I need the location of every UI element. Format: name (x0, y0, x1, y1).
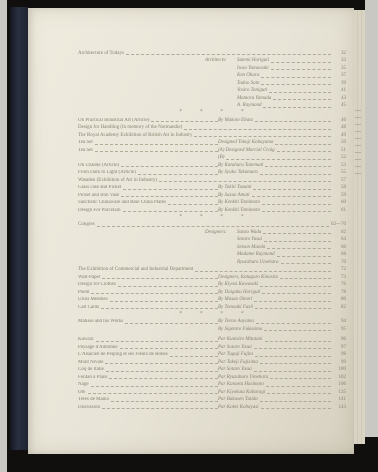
designer-label: Architects: (205, 58, 237, 64)
table-of-contents: Architecture of Todays32Architects:Sutem… (78, 49, 346, 411)
entry-page-number: 141 (333, 397, 346, 403)
entry-title-cell: Sanctistic Chinaware and Blue China Plat… (78, 200, 218, 206)
entry-author: By Sazuo Amati (218, 193, 250, 199)
entry-title: Sanctistic Chinaware and Blue China Plat… (78, 200, 166, 206)
entry-title: Nage (78, 382, 89, 388)
entry-author: By Kiyosi Kawasaki (218, 282, 258, 288)
entry-title: Obi (78, 390, 86, 396)
entry-page-number: 39 (333, 81, 346, 87)
toc-row: On Uzande (Article)By Kataharu Tanemati5… (78, 161, 346, 169)
entry-page-number: 68 (333, 252, 346, 258)
entry-author: Par Sotaro Yasui (218, 367, 252, 373)
dotted-leader (264, 241, 331, 242)
toc-row: Seison Maeda66 (78, 243, 346, 251)
dotted-leader (97, 226, 329, 227)
scanner-margin-left (0, 0, 7, 472)
entry-title-cell: Tea Set (78, 148, 218, 154)
entry-title: Call Cards (78, 305, 99, 311)
dotted-leader (111, 401, 218, 402)
toc-row: Sotaro Yasui64 (78, 236, 346, 244)
entry-page-number: 46 (333, 118, 346, 124)
entry-title-cell: Kawozi (78, 337, 218, 343)
entry-title-cell: Poem (78, 290, 218, 296)
dotted-leader (271, 69, 331, 70)
entry-page-number: 72 (333, 267, 346, 273)
entry-author: By Takiti Tuzumi (218, 185, 251, 191)
entry-title-cell: Nage (78, 382, 218, 388)
dotted-leader (121, 166, 218, 167)
entry-author: Mamoru Yamada (237, 96, 271, 102)
entry-page-number: 73 (333, 275, 346, 281)
entry-page-number: 80 (333, 297, 346, 303)
dotted-leader (262, 204, 331, 205)
toc-row: Call CardsBy Tomoaki Fuzii82 (78, 303, 346, 311)
toc-row: Ryuzaburo Umehara70 (78, 258, 346, 266)
entry-title-cell: On Practical Industrial Art (Article) (78, 118, 218, 124)
dotted-leader (102, 278, 218, 279)
section-separator: * * * * (78, 214, 346, 221)
section-separator: * * * * (78, 311, 346, 318)
toc-row: Architecture of Todays32 (78, 49, 346, 57)
entry-author: By Kataharu Tanemati (218, 163, 263, 169)
dotted-leader (184, 129, 331, 130)
entry-author: Ryuzaburo Umehara (237, 260, 279, 266)
dotted-leader (252, 196, 331, 197)
dotted-leader (91, 293, 218, 294)
entry-page-number: 106 (333, 382, 346, 388)
entry-title: L'Alsacien de Peiping et ses Fleurs de R… (78, 352, 168, 358)
dotted-leader (151, 121, 218, 122)
entry-page-number: 57 (333, 178, 346, 184)
entry-title: Glass case and Picket (78, 185, 121, 191)
entry-author: Seison Maeda (237, 245, 265, 251)
entry-title-cell: Paysage d'Automne (78, 345, 218, 351)
entry-title: Wataden (Exhibition of Art in Industry) (78, 178, 157, 184)
entry-author: Tadao Sato (237, 81, 259, 87)
dotted-leader (267, 393, 331, 394)
dotted-leader (194, 136, 331, 137)
entry-page-number: 70 (333, 260, 346, 266)
entry-title: Têtes de Maiko (78, 397, 109, 403)
entry-page-number: 94 (333, 319, 346, 325)
entry-page-number: 58 (333, 185, 346, 191)
toc-section-congres: Congres62—70Designers:Sanzo Wada62Sotaro… (78, 221, 346, 266)
entry-title-cell: Call Cards (78, 305, 218, 311)
entry-author: By Tomoaki Fuzii (218, 305, 253, 311)
dotted-leader (281, 263, 331, 264)
entry-page-number: 45 (333, 103, 346, 109)
entry-page-number: 135 (333, 390, 346, 396)
entry-title-cell: Discussion (78, 405, 218, 411)
dotted-leader (264, 330, 331, 331)
dotted-leader (105, 363, 218, 364)
entry-page-number: 102 (333, 375, 346, 381)
entry-author: By Makoto Ebata (218, 118, 253, 124)
entry-title: The Royal Academy Exhibition of British … (78, 133, 192, 139)
entry-author: By Syuko Takamura (218, 170, 258, 176)
toc-row: A. Raymond45 (78, 102, 346, 110)
toc-row: Wataden (Exhibition of Art in Industry)5… (78, 176, 346, 184)
toc-row: KawoziPar Kunisiro Mitutani96 (78, 336, 346, 344)
toc-row: By Sigetaro Fukusima95 (78, 325, 346, 333)
entry-author: Iwao Yamawaki (237, 66, 269, 72)
entry-author: Yosiro Taniguti (237, 88, 267, 94)
dotted-leader (265, 341, 331, 342)
entry-title: On Uzande (Article) (78, 163, 119, 169)
scanner-margin-right (365, 0, 378, 437)
toc-row: DiscussionPar Kokei Kobayasi143 (78, 403, 346, 411)
toc-row: Designers:Sanzo Wada62 (78, 228, 346, 236)
dotted-leader (262, 211, 331, 212)
entry-author: Designers, Katugoro Kinosita (218, 275, 278, 281)
toc-section-exhibition: The Exhibition of Commercial and Industr… (78, 266, 346, 311)
dotted-leader (254, 301, 331, 302)
entry-page-number: 143 (333, 405, 346, 411)
entry-page-number: 78 (333, 290, 346, 296)
dotted-leader (256, 323, 331, 324)
entry-title: Tea Set (78, 140, 93, 146)
toc-row: ObiPar Kiyokata Kaburagi135 (78, 388, 346, 396)
entry-page-number: 61 (333, 208, 346, 214)
entry-page-number: 37 (333, 73, 346, 79)
entry-title-cell: Wall-Paper (78, 275, 218, 281)
dotted-leader (168, 204, 218, 205)
entry-title: Discussion (78, 405, 100, 411)
toc-row: Tadao Sato39 (78, 79, 346, 87)
entry-title: Picket and Iron Vase (78, 193, 119, 199)
entry-title: On Practical Industrial Art (Article) (78, 118, 149, 124)
toc-section-industrial: On Practical Industrial Art (Article)By … (78, 116, 346, 214)
entry-author: Designed Tokuji Kobayama (218, 140, 273, 146)
entry-title-cell: On Uzande (Article) (78, 163, 218, 169)
book-spine (10, 7, 28, 450)
entry-page-number: 48 (333, 125, 346, 131)
entry-title-cell: Glass case and Picket (78, 185, 218, 191)
entry-title-cell: Obi (78, 390, 218, 396)
dotted-leader (121, 196, 218, 197)
dotted-leader (280, 278, 331, 279)
entry-page-number: 55 (333, 170, 346, 176)
entry-title: Poem (78, 290, 89, 296)
entry-author: Par Kokei Kobayasi (218, 405, 259, 411)
entry-title-cell: Têtes de Maiko (78, 397, 218, 403)
entry-author: Par Kiyokata Kaburagi (218, 390, 265, 396)
toc-row: Design for Handling (In memory of the No… (78, 124, 346, 132)
dotted-leader (254, 371, 331, 372)
entry-page-number: 99 (333, 360, 346, 366)
entry-page-number: 53 (333, 163, 346, 169)
entry-author: Par Tuguji Fujita (218, 352, 253, 358)
entry-page-number: 33 (333, 58, 346, 64)
toc-section-paintings: Matisse and his WorksBy Torao Aoyama94By… (78, 318, 346, 411)
entry-author: Madame Raymond (237, 252, 275, 258)
entry-page-number: 50 (333, 140, 346, 146)
toc-row: Sanctistic Chinaware and Blue China Plat… (78, 199, 346, 207)
entry-title-cell: Mont Nivale (78, 360, 218, 366)
dotted-leader (262, 293, 331, 294)
toc-row: Wall-PaperDesigners, Katugoro Kinosita73 (78, 273, 346, 281)
entry-page-number: 59 (333, 193, 346, 199)
toc-row: On Practical Industrial Art (Article)By … (78, 116, 346, 124)
entry-title-cell: Coq de Italie (78, 367, 218, 373)
toc-row: The Royal Academy Exhibition of British … (78, 131, 346, 139)
dotted-leader (126, 54, 331, 55)
entry-page-number: 66 (333, 245, 346, 251)
entry-title: Mont Nivale (78, 360, 103, 366)
entry-author: By Daigaku Horiguti (218, 290, 260, 296)
entry-title: Design for Handling (In memory of the No… (78, 125, 182, 131)
entry-author: Par Kunisiro Mitutani (218, 337, 263, 343)
dotted-leader (101, 308, 218, 309)
toc-row: Design For PorcelainBy Kenkiti Tomimoto6… (78, 206, 346, 214)
dotted-leader (125, 323, 218, 324)
entry-page-number: 76 (333, 282, 346, 288)
entry-title: Architecture of Todays (78, 51, 124, 57)
entry-title: Design For Porcelain (78, 208, 121, 214)
entry-title: Design for Clothes (78, 282, 116, 288)
entry-author: Sotaro Yasui (237, 237, 262, 243)
dotted-leader (195, 271, 331, 272)
entry-title: The Exhibition of Commercial and Industr… (78, 267, 193, 273)
toc-row: Mont NivalePar Takeji Fujisima99 (78, 358, 346, 366)
dotted-leader (260, 174, 331, 175)
dotted-leader (95, 144, 218, 145)
dotted-leader (277, 151, 331, 152)
entry-author: Par Kansetu Hasimoto (218, 382, 264, 388)
entry-title-cell: Fontan à Plans (78, 375, 218, 381)
dotted-leader (269, 92, 331, 93)
toc-row: Iwao Yamawaki35 (78, 64, 346, 72)
toc-row: Congres62—70 (78, 221, 346, 229)
toc-row: L'Alsacien de Peiping et ses Fleurs de R… (78, 351, 346, 359)
entry-page-number: 62 (333, 230, 346, 236)
entry-page-number: 95 (333, 327, 346, 333)
entry-author: By Masao Omori (218, 297, 252, 303)
dotted-leader (255, 308, 331, 309)
entry-author: Par Sotaro Yasui (218, 345, 252, 351)
dotted-leader (266, 386, 331, 387)
dotted-leader (109, 378, 218, 379)
entry-author: Par Bakusen Tutida (218, 397, 258, 403)
entry-title: Coq de Italie (78, 367, 104, 373)
toc-row: PoemBy Daigaku Horiguti78 (78, 288, 346, 296)
dotted-leader (260, 286, 331, 287)
entry-author: By Kenkiti Tomimoto (218, 208, 260, 214)
dotted-leader (263, 233, 331, 234)
entry-author: Sanzo Wada (237, 230, 261, 236)
dotted-leader (260, 363, 331, 364)
entry-title-cell: Tea Set (78, 140, 218, 146)
toc-row: NagePar Kansetu Hasimoto106 (78, 381, 346, 389)
toc-row: Coq de ItaliePar Sotaro Yasui100 (78, 366, 346, 374)
toc-section-architecture: Architecture of Todays32Architects:Sutem… (78, 49, 346, 109)
entry-title: Paysage d'Automne (78, 345, 118, 351)
dotted-leader (170, 356, 218, 357)
entry-author: (A) Designed Marcial Craig (218, 148, 275, 154)
dotted-leader (275, 144, 331, 145)
dotted-leader (123, 189, 218, 190)
page-edges (354, 10, 365, 444)
dotted-leader (138, 174, 218, 175)
dotted-leader (273, 99, 331, 100)
entry-title: Kawozi (78, 337, 94, 343)
toc-row: Yosiro Taniguti41 (78, 87, 346, 95)
entry-author: (B) (218, 155, 224, 161)
dotted-leader (265, 166, 331, 167)
entry-page-number: 49 (333, 133, 346, 139)
entry-title-cell: Matisse and his Works (78, 319, 218, 325)
toc-row: Design for ClothesBy Kiyosi Kawasaki76 (78, 281, 346, 289)
entry-author: Sutemi Horiguti (237, 58, 269, 64)
entry-title: From Dark to Light (Article) (78, 170, 136, 176)
entry-title-cell: Design For Porcelain (78, 208, 218, 214)
scan-border-bottom (7, 454, 378, 472)
toc-row: (B)52 (78, 154, 346, 162)
entry-author: Par Takeji Fujisima (218, 360, 258, 366)
toc-row: Tea Set(A) Designed Marcial Craig51 (78, 146, 346, 154)
entry-author: By Kenkiti Tomimoto (218, 200, 260, 206)
dotted-leader (255, 121, 331, 122)
entry-page-number: 98 (333, 352, 346, 358)
dotted-leader (106, 371, 218, 372)
entry-page-number: 52 (333, 155, 346, 161)
toc-row: Urusi MeublesBy Masao Omori80 (78, 296, 346, 304)
toc-row: Tea SetDesigned Tokuji Kobayama50 (78, 139, 346, 147)
dotted-leader (159, 181, 331, 182)
entry-author: By Sigetaro Fukusima (218, 327, 262, 333)
entry-page-number: 51 (333, 148, 346, 154)
designer-label: Designers: (205, 230, 237, 236)
entry-title: Fontan à Plans (78, 375, 107, 381)
dotted-leader (120, 348, 218, 349)
dotted-leader (91, 386, 218, 387)
dotted-leader (123, 211, 219, 212)
dotted-leader (267, 248, 331, 249)
entry-page-number: 97 (333, 345, 346, 351)
dotted-leader (261, 408, 331, 409)
dotted-leader (88, 393, 219, 394)
entry-title: Matisse and his Works (78, 319, 123, 325)
dotted-leader (261, 77, 331, 78)
dotted-leader (260, 401, 331, 402)
toc-row: The Exhibition of Commercial and Industr… (78, 266, 346, 274)
entry-author: Par Ryuzaburo Umehara (218, 375, 268, 381)
entry-page-number: 82 (333, 305, 346, 311)
entry-page-number: 62—70 (331, 222, 346, 228)
toc-row: Matisse and his WorksBy Torao Aoyama94 (78, 318, 346, 326)
dotted-leader (271, 62, 331, 63)
entry-page-number: 64 (333, 237, 346, 243)
toc-row: Mamoru Yamada43 (78, 94, 346, 102)
toc-row: Fontan à PlansPar Ryuzaburo Umehara102 (78, 373, 346, 381)
dotted-leader (255, 356, 331, 357)
toc-row: From Dark to Light (Article)By Syuko Tak… (78, 169, 346, 177)
toc-row: Paysage d'AutomnePar Sotaro Yasui97 (78, 343, 346, 351)
toc-row: Glass case and PicketBy Takiti Tuzumi58 (78, 184, 346, 192)
entry-title-cell: Urusi Meubles (78, 297, 218, 303)
dotted-leader (263, 107, 331, 108)
dotted-leader (253, 189, 331, 190)
entry-title-cell: L'Alsacien de Peiping et ses Fleurs de R… (78, 352, 218, 358)
entry-author: Ken Ohara (237, 73, 259, 79)
dotted-leader (277, 256, 331, 257)
entry-page-number: 43 (333, 96, 346, 102)
entry-page-number: 35 (333, 66, 346, 72)
entry-page-number: 41 (333, 88, 346, 94)
entry-title: Congres (78, 222, 95, 228)
entry-title-cell: Picket and Iron Vase (78, 193, 218, 199)
entry-page-number: 60 (333, 200, 346, 206)
entry-page-number: 32 (333, 51, 346, 57)
toc-row: Ken Ohara37 (78, 72, 346, 80)
toc-row: Madame Raymond68 (78, 251, 346, 259)
entry-author: By Torao Aoyama (218, 319, 254, 325)
section-separator: * * * * (78, 109, 346, 116)
entry-title-cell: Design for Clothes (78, 282, 218, 288)
entry-page-number: 100 (333, 367, 346, 373)
toc-row: Architects:Sutemi Horiguti33 (78, 57, 346, 65)
dotted-leader (270, 378, 331, 379)
dotted-leader (254, 348, 331, 349)
entry-title: Urusi Meubles (78, 297, 108, 303)
dotted-leader (96, 341, 218, 342)
toc-row: Picket and Iron VaseBy Sazuo Amati59 (78, 191, 346, 199)
dotted-leader (110, 301, 218, 302)
dotted-leader (261, 84, 331, 85)
entry-title: Tea Set (78, 148, 93, 154)
toc-page: Architecture of Todays32Architects:Sutem… (28, 8, 354, 454)
dotted-leader (95, 151, 218, 152)
entry-title: Wall-Paper (78, 275, 100, 281)
dotted-leader (118, 286, 218, 287)
entry-page-number: 96 (333, 337, 346, 343)
entry-title-cell: From Dark to Light (Article) (78, 170, 218, 176)
toc-row: Têtes de MaikoPar Bakusen Tutida141 (78, 396, 346, 404)
dotted-leader (226, 159, 331, 160)
dotted-leader (102, 408, 218, 409)
